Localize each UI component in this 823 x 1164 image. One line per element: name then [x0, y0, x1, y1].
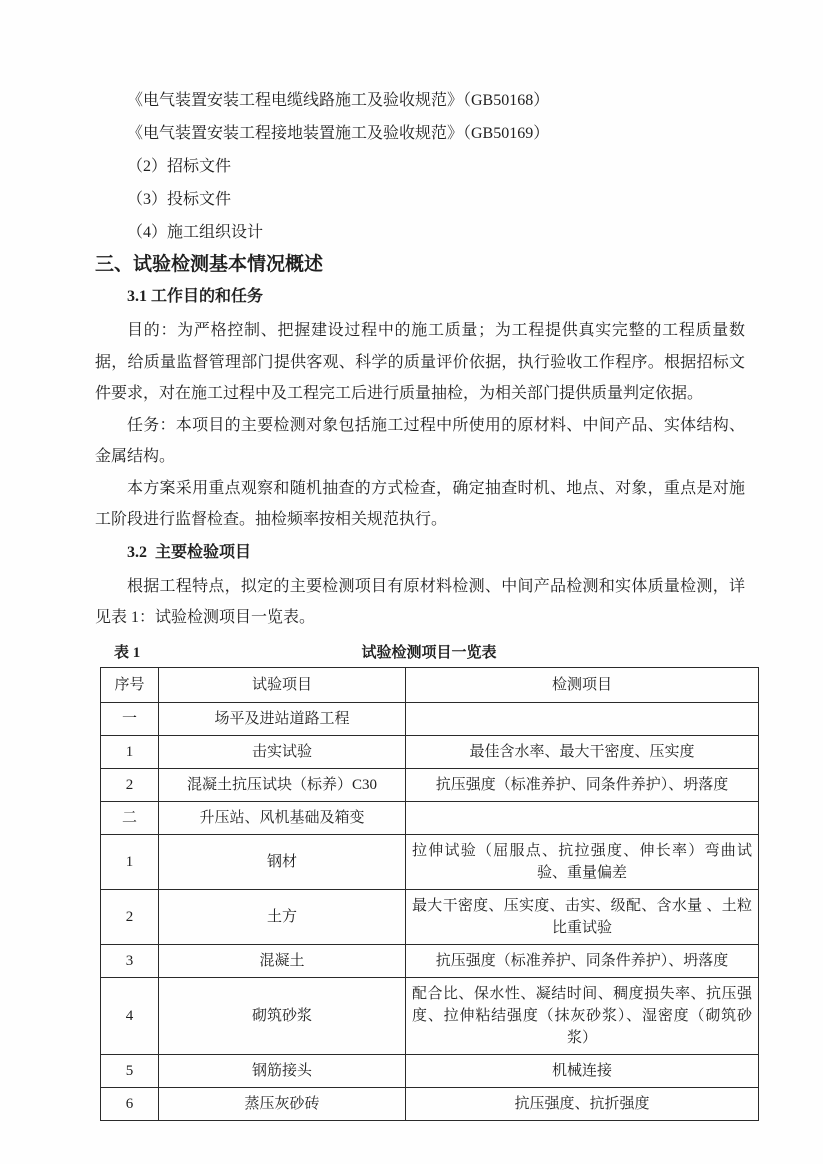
cell-test-item: 升压站、风机基础及箱变: [159, 801, 406, 834]
table-row: 4砌筑砂浆配合比、保水性、凝结时间、稠度损失率、抗压强度、拉伸粘结强度（抹灰砂浆…: [101, 977, 759, 1054]
cell-test-item: 击实试验: [159, 735, 406, 768]
table-header-cell: 检测项目: [406, 667, 759, 702]
cell-detection-item: [406, 801, 759, 834]
body-paragraph: 根据工程特点，拟定的主要检测项目有原材料检测、中间产品检测和实体质量检测，详见表…: [95, 571, 745, 634]
table-header-cell: 试验项目: [159, 667, 406, 702]
cell-serial-number: 1: [101, 735, 159, 768]
table-row: 一场平及进站道路工程: [101, 702, 759, 735]
cell-test-item: 钢材: [159, 834, 406, 889]
cell-serial-number: 2: [101, 768, 159, 801]
body-paragraph: 任务：本项目的主要检测对象包括施工过程中所使用的原材料、中间产品、实体结构、金属…: [95, 410, 745, 473]
reference-line: （4）施工组织设计: [95, 216, 745, 249]
reference-line: （2）招标文件: [95, 150, 745, 183]
test-items-table: 序号试验项目检测项目 一场平及进站道路工程1击实试验最佳含水率、最大干密度、压实…: [100, 667, 759, 1121]
table-row: 2土方最大干密度、压实度、击实、级配、含水量 、土粒比重试验: [101, 889, 759, 944]
subsection-3-2-body: 根据工程特点，拟定的主要检测项目有原材料检测、中间产品检测和实体质量检测，详见表…: [95, 571, 745, 634]
body-paragraph: 目的：为严格控制、把握建设过程中的施工质量；为工程提供真实完整的工程质量数据，给…: [95, 315, 745, 410]
reference-line: （3）投标文件: [95, 183, 745, 216]
table-header-cell: 序号: [101, 667, 159, 702]
reference-line: 《电气装置安装工程接地装置施工及验收规范》（GB50169）: [95, 117, 745, 150]
cell-detection-item: 机械连接: [406, 1054, 759, 1087]
cell-detection-item: 最大干密度、压实度、击实、级配、含水量 、土粒比重试验: [406, 889, 759, 944]
table-row: 6蒸压灰砂砖抗压强度、抗折强度: [101, 1087, 759, 1120]
subsection-3-1-heading: 3.1 工作目的和任务: [95, 284, 745, 310]
cell-serial-number: 1: [101, 834, 159, 889]
table-header-row: 序号试验项目检测项目: [101, 667, 759, 702]
cell-serial-number: 5: [101, 1054, 159, 1087]
cell-test-item: 混凝土抗压试块（标养）C30: [159, 768, 406, 801]
cell-detection-item: 拉伸试验（屈服点、抗拉强度、伸长率）弯曲试验、重量偏差: [406, 834, 759, 889]
table-row: 3混凝土抗压强度（标准养护、同条件养护）、坍落度: [101, 944, 759, 977]
table-row: 5钢筋接头机械连接: [101, 1054, 759, 1087]
cell-detection-item: 抗压强度（标准养护、同条件养护）、坍落度: [406, 944, 759, 977]
subsection-3-1-body: 目的：为严格控制、把握建设过程中的施工质量；为工程提供真实完整的工程质量数据，给…: [95, 315, 745, 536]
cell-detection-item: 抗压强度、抗折强度: [406, 1087, 759, 1120]
table-row: 1击实试验最佳含水率、最大干密度、压实度: [101, 735, 759, 768]
cell-test-item: 混凝土: [159, 944, 406, 977]
cell-test-item: 场平及进站道路工程: [159, 702, 406, 735]
body-paragraph: 本方案采用重点观察和随机抽查的方式检查，确定抽查时机、地点、对象，重点是对施工阶…: [95, 473, 745, 536]
table-row: 1钢材拉伸试验（屈服点、抗拉强度、伸长率）弯曲试验、重量偏差: [101, 834, 759, 889]
table-caption: 表 1 试验检测项目一览表: [100, 642, 758, 664]
subsection-3-2-heading: 3.2 主要检验项目: [95, 540, 745, 566]
cell-serial-number: 3: [101, 944, 159, 977]
reference-list: 《电气装置安装工程电缆线路施工及验收规范》（GB50168）《电气装置安装工程接…: [95, 84, 745, 249]
table-label: 表 1: [114, 642, 140, 664]
cell-serial-number: 2: [101, 889, 159, 944]
cell-detection-item: 配合比、保水性、凝结时间、稠度损失率、抗压强度、拉伸粘结强度（抹灰砂浆）、湿密度…: [406, 977, 759, 1054]
cell-serial-number: 一: [101, 702, 159, 735]
cell-serial-number: 二: [101, 801, 159, 834]
table-title: 试验检测项目一览表: [100, 642, 758, 664]
cell-test-item: 砌筑砂浆: [159, 977, 406, 1054]
table-row: 二升压站、风机基础及箱变: [101, 801, 759, 834]
cell-detection-item: 抗压强度（标准养护、同条件养护）、坍落度: [406, 768, 759, 801]
cell-serial-number: 4: [101, 977, 159, 1054]
reference-line: 《电气装置安装工程电缆线路施工及验收规范》（GB50168）: [95, 84, 745, 117]
table-row: 2混凝土抗压试块（标养）C30抗压强度（标准养护、同条件养护）、坍落度: [101, 768, 759, 801]
cell-test-item: 钢筋接头: [159, 1054, 406, 1087]
cell-test-item: 蒸压灰砂砖: [159, 1087, 406, 1120]
document-page: 《电气装置安装工程电缆线路施工及验收规范》（GB50168）《电气装置安装工程接…: [0, 0, 823, 1164]
cell-serial-number: 6: [101, 1087, 159, 1120]
cell-detection-item: [406, 702, 759, 735]
section-heading: 三、试验检测基本情况概述: [95, 252, 745, 278]
cell-test-item: 土方: [159, 889, 406, 944]
cell-detection-item: 最佳含水率、最大干密度、压实度: [406, 735, 759, 768]
